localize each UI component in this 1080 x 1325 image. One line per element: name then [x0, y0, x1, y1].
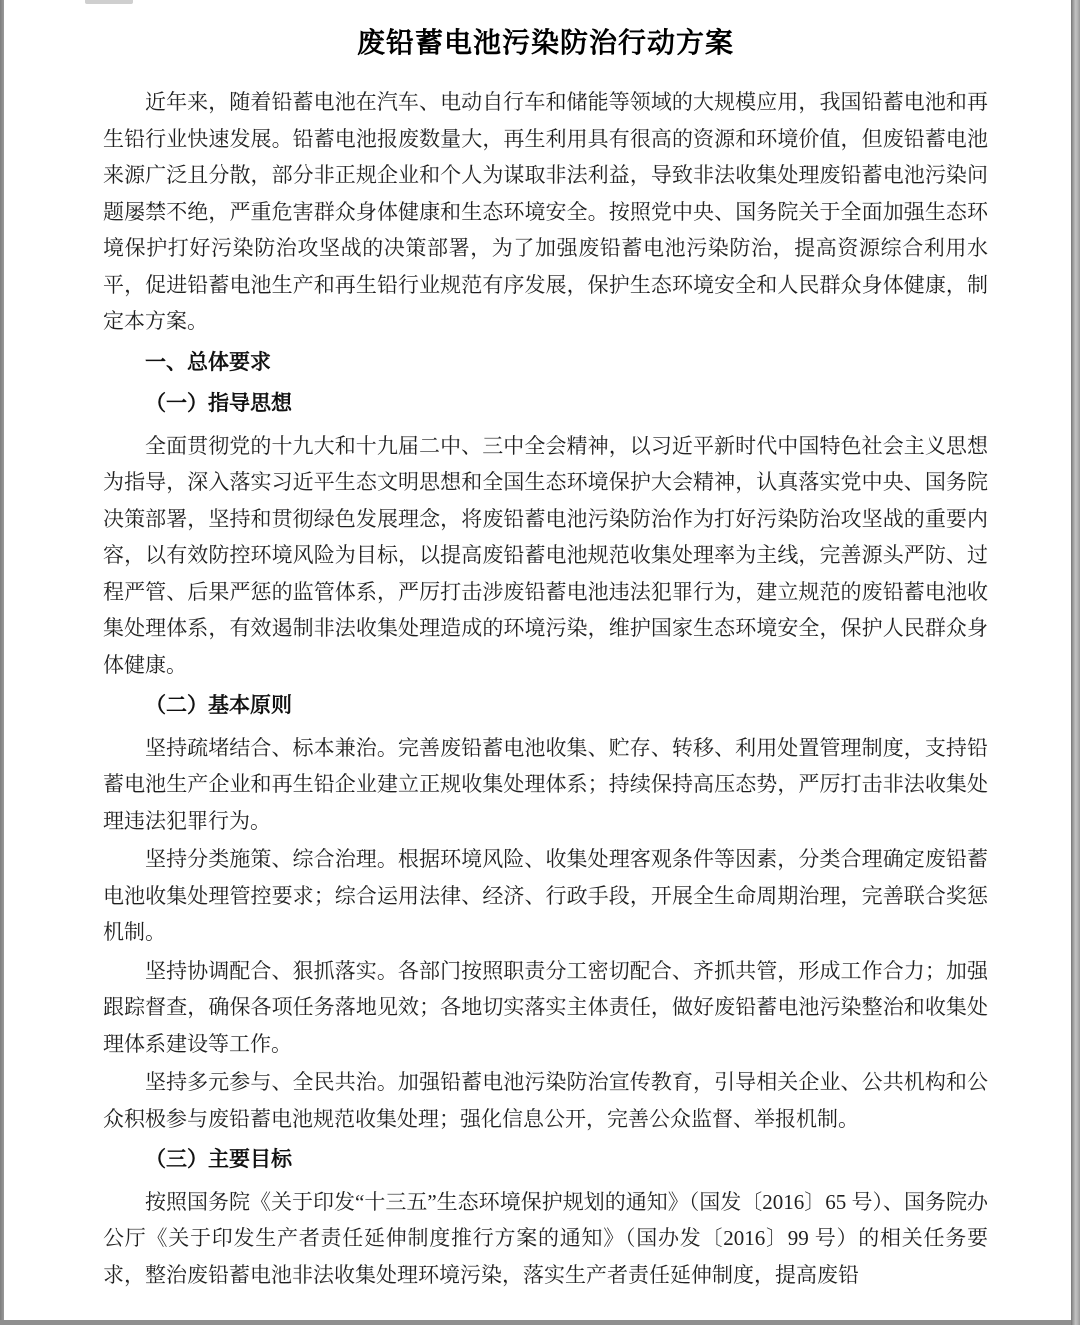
paragraph-guiding-ideology: 全面贯彻党的十九大和十九届二中、三中全会精神，以习近平新时代中国特色社会主义思想…	[103, 428, 988, 684]
paragraph-main-goals: 按照国务院《关于印发“十三五”生态环境保护规划的通知》（国发〔2016〕65 号…	[103, 1184, 988, 1294]
document-page: 废铅蓄电池污染防治行动方案 近年来，随着铅蓄电池在汽车、电动自行车和储能等领域的…	[103, 0, 988, 1295]
paragraph-principle-block-and-guide: 坚持疏堵结合、标本兼治。完善废铅蓄电池收集、贮存、转移、利用处置管理制度，支持铅…	[103, 730, 988, 840]
vertical-scrollbar[interactable]	[1071, 0, 1080, 1325]
paragraph-introduction: 近年来，随着铅蓄电池在汽车、电动自行车和储能等领域的大规模应用，我国铅蓄电池和再…	[103, 84, 988, 340]
window-edge-bottom	[0, 1320, 1080, 1325]
section-heading-overall-requirements: 一、总体要求	[103, 345, 988, 382]
window-edge-left	[0, 0, 4, 1325]
subsection-heading-main-goals: （三）主要目标	[103, 1142, 988, 1179]
paragraph-principle-coordination: 坚持协调配合、狠抓落实。各部门按照职责分工密切配合、齐抓共管，形成工作合力；加强…	[103, 953, 988, 1063]
document-title: 废铅蓄电池污染防治行动方案	[103, 26, 988, 60]
subsection-heading-guiding-ideology: （一）指导思想	[103, 386, 988, 423]
paragraph-principle-categorized-policy: 坚持分类施策、综合治理。根据环境风险、收集处理客观条件等因素，分类合理确定废铅蓄…	[103, 841, 988, 951]
document-viewer: 废铅蓄电池污染防治行动方案 近年来，随着铅蓄电池在汽车、电动自行车和储能等领域的…	[0, 0, 1080, 1325]
paragraph-principle-public-participation: 坚持多元参与、全民共治。加强铅蓄电池污染防治宣传教育，引导相关企业、公共机构和公…	[103, 1064, 988, 1137]
subsection-heading-basic-principles: （二）基本原则	[103, 688, 988, 725]
top-edge-artifact	[85, 0, 133, 4]
